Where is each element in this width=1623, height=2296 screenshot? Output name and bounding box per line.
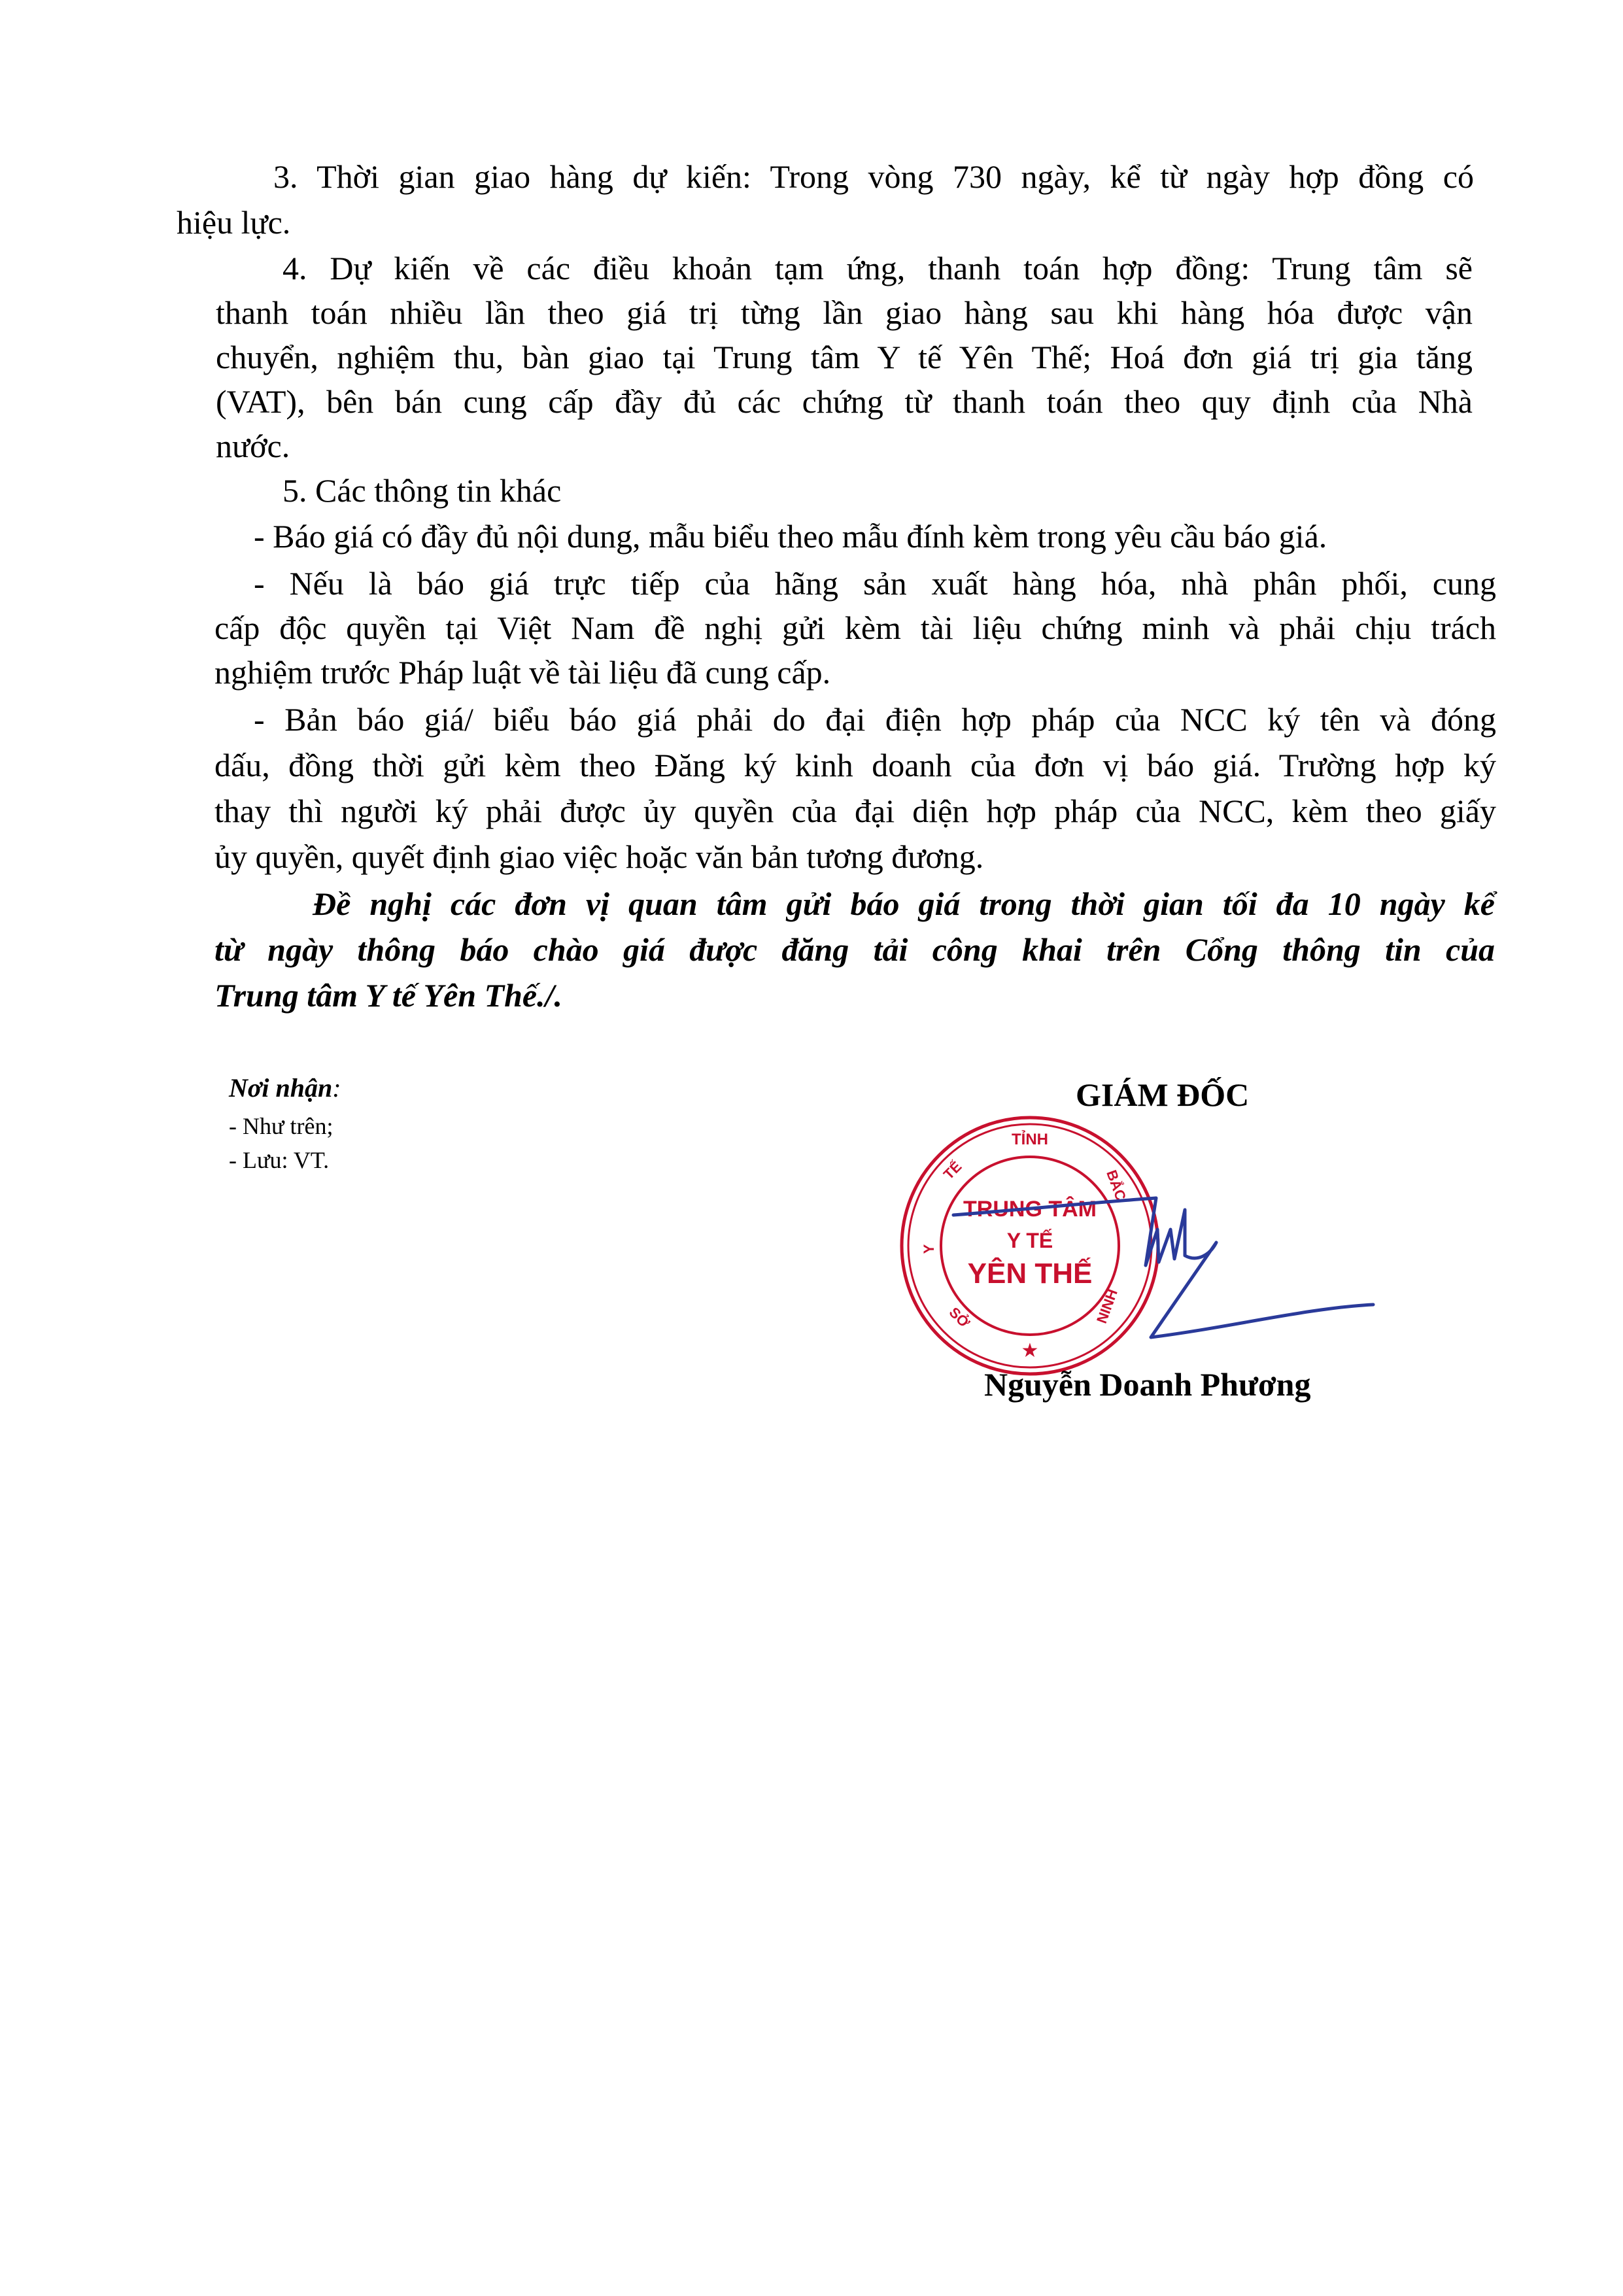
recipient-item: - Lưu: VT. <box>229 1146 329 1174</box>
stamp-ring-right-2: NINH <box>1093 1287 1121 1326</box>
stamp-ring-left-1: Y <box>921 1244 937 1254</box>
closing-line-1: Đề nghị các đơn vị quan tâm gửi báo giá … <box>313 884 1495 923</box>
stamp-center-line-2: Y TẾ <box>1007 1229 1053 1252</box>
bullet-2-line-2: cấp độc quyền tại Việt Nam đề nghị gửi k… <box>214 608 1496 647</box>
para-4-line-1: 4. Dự kiến về các điều khoản tạm ứng, th… <box>282 248 1473 288</box>
bullet-3-line-2: dấu, đồng thời gửi kèm theo Đăng ký kinh… <box>214 745 1496 785</box>
bullet-3-line-4: ủy quyền, quyết định giao việc hoặc văn … <box>214 837 983 876</box>
official-stamp: TỈNH Y TẾ SỞ BẮC NINH TRUNG TÂM Y TẾ YÊN… <box>896 1112 1164 1380</box>
bullet-2-line-1: - Nếu là báo giá trực tiếp của hãng sản … <box>254 564 1496 603</box>
signer-title: GIÁM ĐỐC <box>1076 1076 1249 1114</box>
stamp-ring-left-2: TẾ <box>940 1158 965 1183</box>
bullet-2-line-3: nghiệm trước Pháp luật về tài liệu đã cu… <box>214 653 830 692</box>
para-4-line-2: thanh toán nhiều lần theo giá trị từng l… <box>216 293 1473 332</box>
bullet-1-line-1: - Báo giá có đầy đủ nội dung, mẫu biểu t… <box>254 517 1327 556</box>
stamp-center-line-1: TRUNG TÂM <box>963 1197 1097 1222</box>
recipients-heading-colon: : <box>332 1073 341 1103</box>
closing-line-2: từ ngày thông báo chào giá được đăng tải… <box>214 930 1495 969</box>
signer-name: Nguyễn Doanh Phương <box>984 1365 1311 1403</box>
stamp-ring-right-1: BẮC <box>1103 1168 1129 1203</box>
bullet-3-line-3: thay thì người ký phải được ủy quyền của… <box>214 791 1496 831</box>
bullet-3-line-1: - Bản báo giá/ biểu báo giá phải do đại … <box>254 700 1496 739</box>
recipient-item: - Như trên; <box>229 1112 333 1140</box>
para-4-line-5: nước. <box>216 426 290 466</box>
recipients-heading: Nơi nhận: <box>229 1074 341 1103</box>
recipients-heading-text: Nơi nhận <box>229 1073 332 1103</box>
closing-line-3: Trung tâm Y tế Yên Thế./. <box>214 976 562 1015</box>
stamp-ring-top: TỈNH <box>1012 1129 1048 1148</box>
para-5-heading: 5. Các thông tin khác <box>282 471 561 510</box>
stamp-ring-left-3: SỞ <box>946 1304 973 1331</box>
stamp-center-line-3: YÊN THẾ <box>968 1257 1093 1290</box>
para-4-line-4: (VAT), bên bán cung cấp đầy đủ các chứng… <box>216 382 1473 421</box>
para-3-line-2: hiệu lực. <box>177 203 290 242</box>
para-3-line-1: 3. Thời gian giao hàng dự kiến: Trong vò… <box>273 157 1474 196</box>
para-4-line-3: chuyển, nghiệm thu, bàn giao tại Trung t… <box>216 337 1473 377</box>
stamp-star-icon: ★ <box>1021 1340 1039 1362</box>
